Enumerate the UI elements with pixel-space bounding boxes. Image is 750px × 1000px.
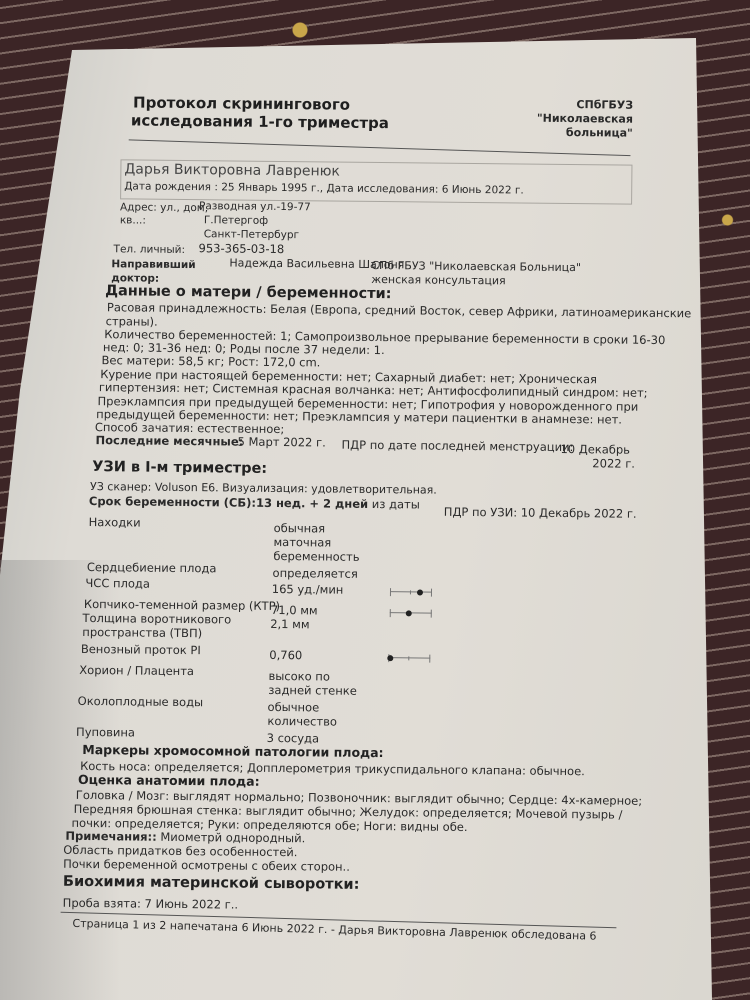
finding-label: Толщина воротникового	[82, 611, 231, 627]
finding-label: Околоплодные воды	[78, 694, 204, 709]
mother-heading: Данные о матери / беременности:	[105, 284, 392, 301]
footer-text: Страница 1 из 2 напечатана 6 Июнь 2022 г…	[72, 917, 596, 944]
ga-suffix: из даты	[372, 497, 420, 512]
reference-range-marker	[388, 654, 430, 662]
finding-label: Пуповина	[76, 725, 135, 740]
phone-value: 953-365-03-18	[199, 241, 285, 256]
ultrasound-heading: УЗИ в I-м триместре:	[92, 460, 267, 476]
biochem-heading: Биохимия материнской сыворотки:	[63, 875, 360, 892]
finding-label: Хорион / Плацента	[79, 663, 194, 678]
edd-lmp-label: ПДР по дате последней менструации:	[341, 438, 573, 454]
finding-value: маточная	[273, 535, 331, 550]
ga-label: Срок беременности (СБ):13 нед. + 2 дней	[89, 494, 368, 511]
mother-detail-line: Расовая принадлежность: Белая (Европа, с…	[107, 300, 691, 320]
referrer-label-1: Направивший	[111, 257, 195, 272]
document: Протокол скринингового исследования 1-го…	[0, 0, 750, 1000]
finding-value: количество	[267, 714, 337, 729]
lmp-label: Последние месячные:	[95, 433, 243, 449]
phone-label: Тел. личный:	[113, 242, 185, 257]
finding-label: Сердцебиение плода	[87, 560, 217, 575]
finding-value: обычное	[268, 700, 320, 715]
edd-lmp-value-2: 2022 г.	[592, 456, 635, 470]
edd-ultrasound: ПДР по УЗИ: 10 Декабрь 2022 г.	[444, 505, 637, 521]
reference-range-marker	[390, 588, 432, 596]
anatomy-heading: Оценка анатомии плода:	[78, 773, 260, 789]
finding-value: 2,1 мм	[270, 617, 309, 631]
org-line1: СПбГБУЗ	[576, 98, 633, 113]
value-dot	[417, 589, 423, 595]
gestational-age: Срок беременности (СБ):13 нед. + 2 дней …	[89, 494, 420, 511]
address-label-2: кв...:	[120, 213, 146, 227]
patient-name: Дарья Викторовна Лавренюк	[124, 162, 340, 178]
address-line1: Разводная ул.-19-77	[199, 199, 311, 214]
org-line3: больница"	[566, 126, 633, 141]
lmp-value: 5 Март 2022 г.	[237, 435, 325, 450]
finding-value: обычная	[274, 521, 326, 536]
finding-value: определяется	[273, 566, 358, 581]
finding-label: Находки	[89, 515, 141, 530]
finding-value: 165 уд./мин	[272, 582, 344, 597]
notes-first: Миометрй однородный.	[160, 830, 305, 846]
finding-value: 71,0 мм	[271, 603, 318, 617]
reference-range-marker	[390, 609, 432, 617]
markers-heading: Маркеры хромосомной патологии плода:	[82, 743, 383, 760]
value-dot	[405, 610, 411, 616]
value-dot	[387, 655, 393, 661]
finding-value: 0,760	[269, 648, 302, 662]
notes-label: Примечания::	[65, 829, 157, 844]
finding-value: беременность	[273, 549, 359, 564]
referrer-org-2: женская консультация	[371, 273, 506, 288]
address-line2: Г.Петергоф	[204, 213, 268, 228]
doc-title-line2: исследования 1-го триместра	[131, 111, 389, 133]
address-line3: Санкт-Петербург	[204, 227, 300, 242]
edd-lmp-value-1: 10 Декабрь	[560, 442, 630, 457]
finding-value: высоко по	[268, 669, 330, 684]
finding-label: Венозный проток PI	[81, 642, 201, 657]
header-rule	[129, 139, 631, 156]
finding-label: пространства (ТВП)	[82, 625, 202, 640]
org-line2: "Николаевская	[537, 112, 633, 127]
finding-label: ЧСС плода	[85, 576, 150, 591]
finding-value: задней стенке	[268, 683, 357, 698]
biochem-sample: Проба взята: 7 Июнь 2022 г..	[63, 896, 238, 912]
notes-line: Почки беременной осмотрены с обеих сторо…	[63, 857, 350, 874]
